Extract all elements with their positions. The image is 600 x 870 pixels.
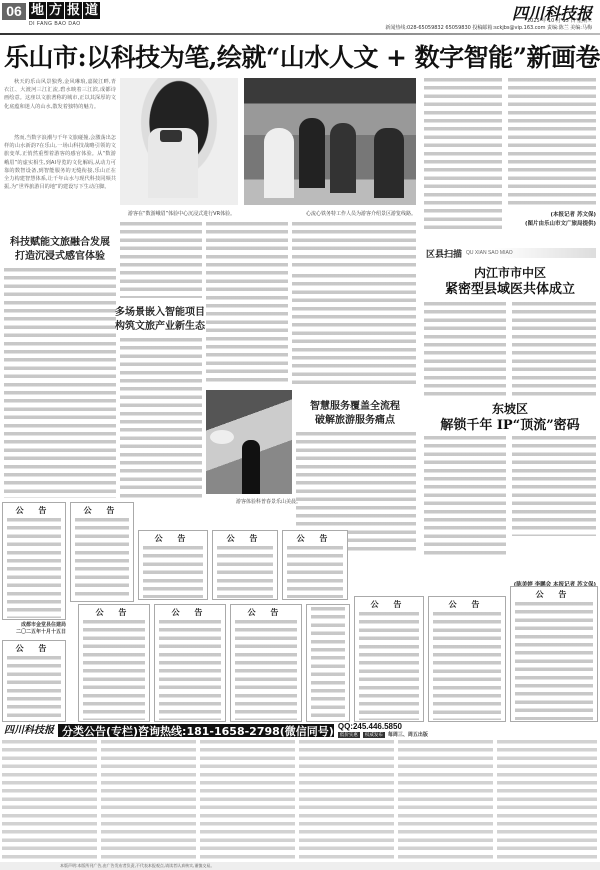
classified-logo: 四川科技报: [0, 724, 58, 737]
notice-box: 公 告: [2, 502, 66, 620]
notice-box: 公 告: [70, 502, 134, 602]
classified-ads-column: [398, 740, 493, 860]
notice-body: [217, 546, 273, 598]
article-body: [120, 338, 202, 498]
classified-ads-column: [497, 740, 597, 860]
photo-vr-experience: [120, 78, 238, 205]
lead-intro: 秋天的乐山风景独秀,金风琳琅,嘉陵江畔,青衣江、大渡河三江汇流,碧水映着三江滨,…: [4, 78, 116, 132]
notice-box: 公 告: [282, 530, 348, 600]
notice-title: 公 告: [287, 533, 343, 544]
notice-title: 公 告: [143, 533, 203, 544]
notice-box: 公 告: [510, 586, 598, 722]
classified-ads-column: [200, 740, 295, 860]
story2-title-line2: 解锁千年 IP“顶流”密码: [424, 418, 596, 434]
article-body: [4, 268, 116, 498]
subhead-2: 多场景嵌入智能项目 构筑文旅产业新生态: [112, 306, 208, 334]
signatory-name: 成都市金堂县住建局: [4, 622, 66, 629]
classified-banner: 四川科技报 分类公告(专栏)咨询热线:181-1658-2798(微信同号) Q…: [0, 724, 600, 737]
notice-title: 公 告: [83, 607, 145, 618]
notice-box: 公 告: [2, 640, 66, 722]
notice-box: 公 告: [138, 530, 208, 600]
notice-body: [287, 546, 343, 598]
subhead-3: 智慧服务覆盖全流程 破解旅游服务痛点: [294, 400, 416, 428]
lead-headline: 乐山市:以科技为笔,绘就“山水人文 + 数字智能”新画卷: [4, 38, 598, 74]
article-body: [206, 222, 288, 382]
notice-box: 公 告: [212, 530, 278, 600]
article-body: [512, 302, 596, 398]
contact-line: 新闻热线:028-65059832 65059830 投稿邮箱:sckjbs@v…: [385, 24, 592, 31]
notice-box: 公 告: [154, 604, 226, 722]
article-body: [508, 78, 596, 206]
notice-body: [235, 620, 297, 720]
notice-box: 公 告: [78, 604, 150, 722]
notice-box: 公 告: [230, 604, 302, 722]
photo-credit: (图片由乐山市文广旅局提供): [490, 219, 596, 227]
lead-paragraph-2: 然而,当数字浪潮与千年文旅碰撞,会激荡出怎样的山水新韵?在乐山,一场山科技战略引…: [4, 134, 116, 228]
classified-ads-column: [101, 740, 196, 860]
notice-box: 公 告: [428, 596, 506, 722]
story2-title-line1: 东坡区: [424, 402, 596, 417]
notice-body: [433, 612, 501, 720]
signatory-date: 二〇二五年十月十五日: [4, 629, 66, 636]
notice-title: 公 告: [75, 505, 129, 516]
notice-title: 公 告: [359, 599, 419, 610]
article-body: [120, 222, 202, 298]
notice-box: 公 告: [354, 596, 424, 722]
article-body: [512, 436, 596, 536]
story1-title-line2: 紧密型县域医共体成立: [424, 282, 596, 298]
notice-body: [359, 612, 419, 720]
notice-signatory: 成都市金堂县住建局 二〇二五年十月十五日: [4, 622, 66, 636]
section-char: 道: [83, 2, 100, 19]
article-body: [424, 302, 506, 398]
subhead-1: 科技赋能文旅融合发展 打造沉浸式感官体验: [4, 236, 116, 264]
photo-spring-scenery: [206, 390, 292, 494]
classified-title: 分类公告(专栏)咨询热线:181-1658-2798(微信同号): [58, 723, 334, 739]
notice-title: 公 告: [515, 589, 593, 600]
notice-body: [159, 620, 221, 720]
notice-body: [75, 518, 129, 600]
notice-body: [311, 607, 345, 719]
page-number: 06: [2, 3, 26, 20]
notice-title: 公 告: [433, 599, 501, 610]
county-scan-pinyin: QU XIAN SAO MIAO: [466, 250, 513, 256]
notice-body: [7, 518, 61, 618]
article-body: [292, 222, 416, 270]
article-body: [292, 274, 416, 384]
section-char: 地: [29, 2, 46, 19]
classified-ads-column: [2, 740, 97, 860]
notice-body: [515, 602, 593, 720]
county-scan-bar: 区县扫描 QU XIAN SAO MIAO: [426, 248, 596, 258]
lead-byline: (本报记者 苏文保): [508, 210, 596, 218]
footer-disclaimer: 本版声明:本版所刊广告,由广告发布者负责,不代表本报观点,请读者认真核实,谨慎交…: [0, 862, 600, 870]
notice-body: [7, 656, 61, 720]
photo-caption-1: 游客在“数游峨眉”体验中心沉浸式进行VR体验。: [128, 210, 235, 217]
notice-title: 公 告: [159, 607, 221, 618]
issue-date: 2025 年 10 月 15 日 星期三: [527, 17, 592, 24]
notice-title: 公 告: [217, 533, 273, 544]
article-body: [424, 78, 502, 230]
classified-tags: 低价实惠 权威发布 每周三、周五出版: [338, 731, 600, 738]
classified-qq: QQ:245.446.5850: [338, 723, 600, 731]
publish-schedule: 每周三、周五出版: [388, 731, 428, 738]
tag-low-price: 低价实惠: [338, 732, 360, 738]
section-char: 报: [65, 2, 82, 19]
section-title: 地 方 报 道: [29, 2, 100, 19]
section-char: 方: [47, 2, 64, 19]
notice-title: 公 告: [235, 607, 297, 618]
notice-title: 公 告: [7, 505, 61, 516]
photo-caption-3: 游客体验科普春景乐山美晨。: [236, 498, 301, 505]
photo-caption-2: 心流心铁务特工作人员为游客介绍景区游览线路。: [306, 210, 416, 217]
header-divider: [0, 33, 600, 35]
notice-body: [143, 546, 203, 598]
notice-body: [83, 620, 145, 720]
photo-staff-guiding: [244, 78, 416, 205]
section-pinyin: DI FANG BAO DAO: [29, 21, 81, 27]
notice-box: [306, 604, 350, 722]
story1-title-line1: 内江市市中区: [424, 266, 596, 281]
article-body: [424, 436, 506, 556]
county-scan-label: 区县扫描: [426, 247, 462, 260]
classified-contact: QQ:245.446.5850 低价实惠 权威发布 每周三、周五出版: [334, 724, 600, 737]
notice-title: 公 告: [7, 643, 61, 654]
classified-ads-column: [299, 740, 394, 860]
tag-authority: 权威发布: [363, 732, 385, 738]
